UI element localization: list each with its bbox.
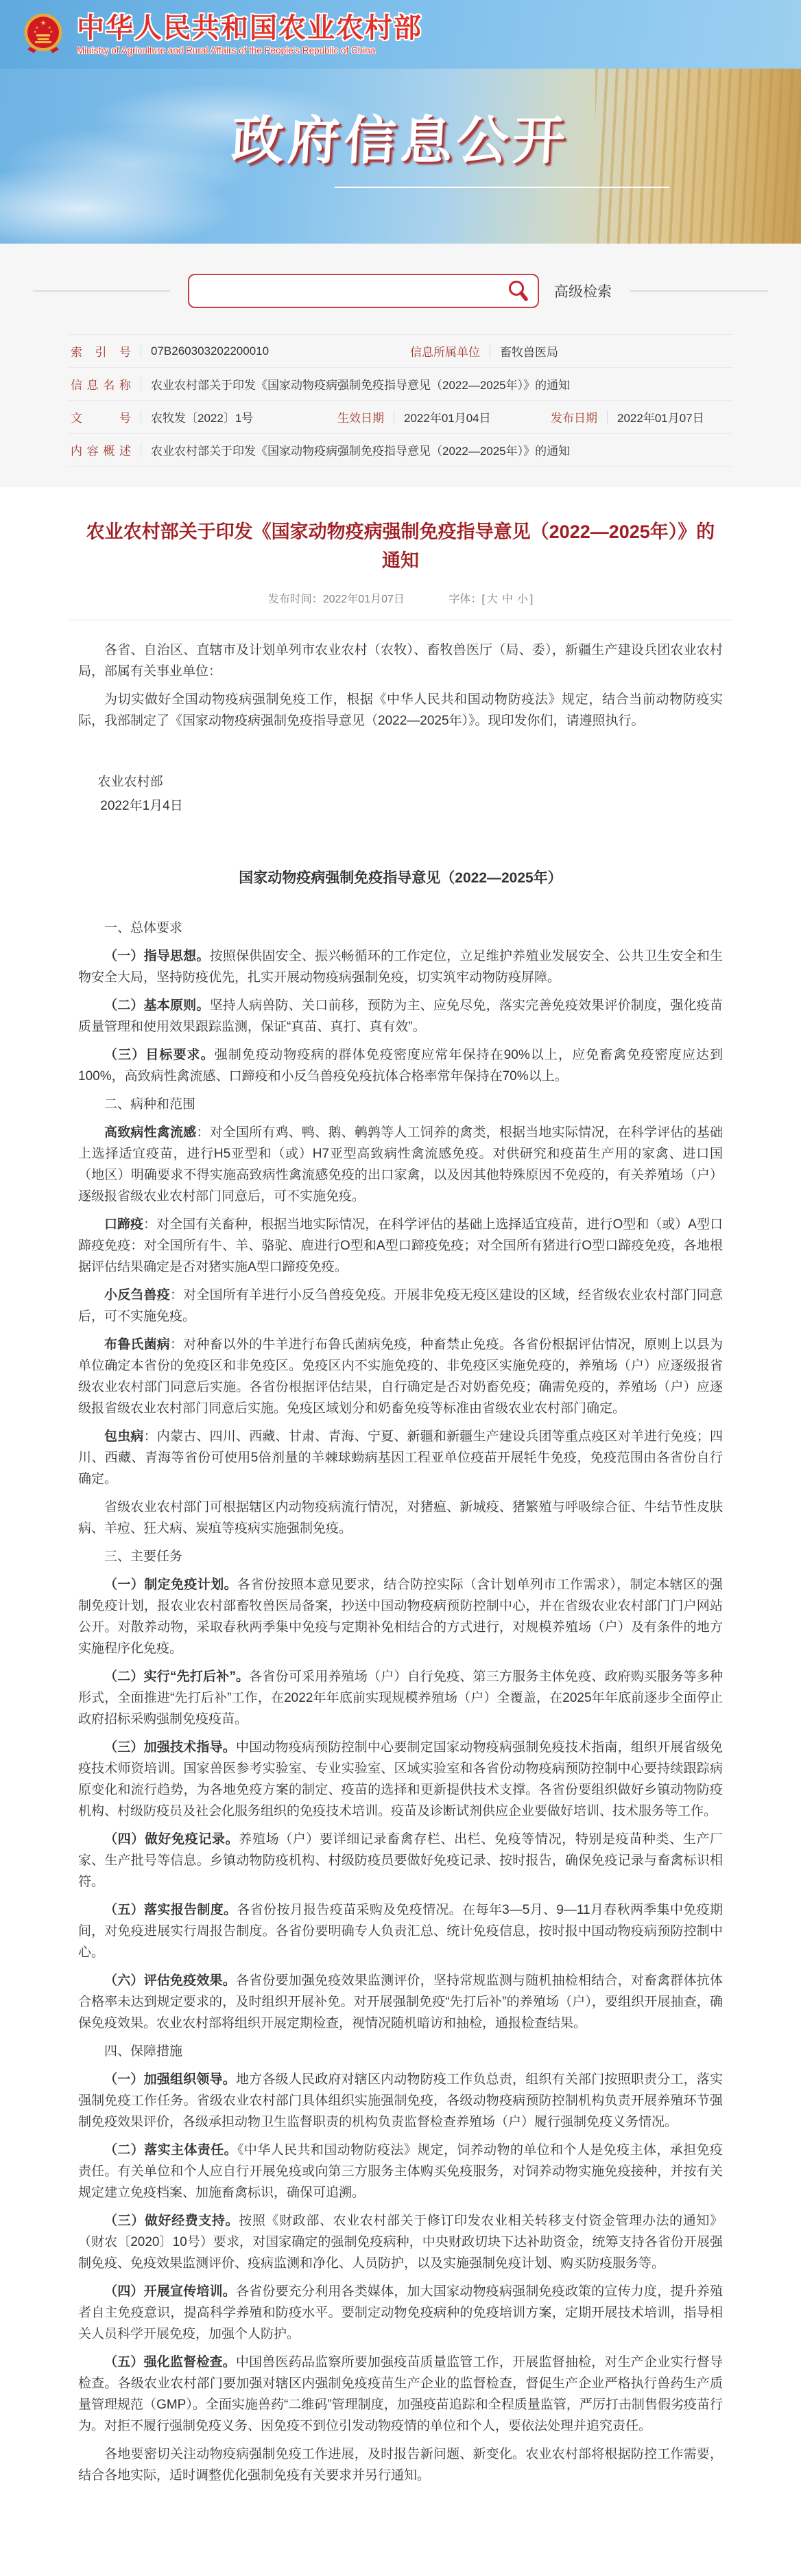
paragraph: 高致病性禽流感：对全国所有鸡、鸭、鹅、鹌鹑等人工饲养的禽类，根据当地实际情况，在… bbox=[78, 1122, 723, 1207]
meta-separator bbox=[141, 344, 141, 358]
paragraph: 包虫病：内蒙古、四川、西藏、甘肃、青海、宁夏、新疆和新疆生产建设兵团等重点疫区对… bbox=[78, 1426, 723, 1490]
meta-value-owner-unit: 畜牧兽医局 bbox=[500, 342, 558, 360]
meta-separator bbox=[490, 344, 490, 358]
paragraph: 小反刍兽疫：对全国所有羊进行小反刍兽疫免疫。开展非免疫无疫区建设的区域，经省级农… bbox=[78, 1285, 723, 1327]
banner-underline bbox=[335, 187, 669, 188]
paragraph: （二）基本原则。坚持人病兽防、关口前移，预防为主、应免尽免，落实完善免疫效果评价… bbox=[78, 995, 723, 1038]
meta-value-effective-date: 2022年01月04日 bbox=[404, 408, 551, 425]
meta-label-summary: 内容概述 bbox=[71, 441, 131, 458]
meta-value-publish-date: 2022年01月07日 bbox=[617, 408, 704, 425]
ministry-name-cn: 中华人民共和国农业农村部 bbox=[77, 13, 422, 43]
embedded-doc-title: 国家动物疫病强制免疫指导意见（2022—2025年） bbox=[78, 867, 723, 889]
meta-label-doc-number: 文号 bbox=[71, 408, 131, 425]
paragraph: （三）做好经费支持。按照《财政部、农业农村部关于修订印发农业相关转移支付资金管理… bbox=[78, 2210, 723, 2274]
search-box bbox=[188, 274, 539, 308]
paragraph: （一）加强组织领导。地方各级人民政府对辖区内动物防疫工作负总责，组织有关部门按照… bbox=[78, 2069, 723, 2133]
ministry-title-block: 中华人民共和国农业农村部 Ministry of Agriculture and… bbox=[77, 13, 422, 56]
banner-title: 政府信息公开 bbox=[0, 99, 801, 174]
paragraph: （六）评估免疫效果。各省份要加强免疫效果监测评价，坚持常规监测与随机抽检相结合，… bbox=[78, 1970, 723, 2034]
page: ★ ★ ★ ★ ★ 中华人民共和国农业农村部 Ministry of Agric… bbox=[0, 0, 801, 2541]
document-area: 农业农村部关于印发《国家动物疫病强制免疫指导意见（2022—2025年）》的通知… bbox=[0, 487, 801, 2541]
meta-label-publish-date: 发布日期 bbox=[551, 408, 597, 425]
paragraph: （五）强化监督检查。中国兽医药品监察所要加强疫苗质量监管工作，开展监督抽检，对生… bbox=[78, 2352, 723, 2437]
publish-time-label: 发布时间： bbox=[268, 594, 323, 605]
meta-value-summary: 农业农村部关于印发《国家动物疫病强制免疫指导意见（2022—2025年）》的通知 bbox=[151, 441, 570, 458]
meta-row-summary: 内容概述 农业农村部关于印发《国家动物疫病强制免疫指导意见（2022—2025年… bbox=[69, 434, 732, 467]
svg-text:★: ★ bbox=[35, 26, 38, 30]
font-size-medium-link[interactable]: 中 bbox=[502, 594, 513, 605]
meta-value-doc-number: 农牧发〔2022〕1号 bbox=[151, 408, 337, 425]
section-heading: 四、保障措施 bbox=[78, 2041, 723, 2062]
meta-label-effective-date: 生效日期 bbox=[337, 408, 384, 425]
font-size-small-link[interactable]: 小 bbox=[517, 594, 528, 605]
font-size-label: 字体：[ bbox=[449, 594, 484, 605]
svg-text:★: ★ bbox=[48, 26, 51, 30]
article-title: 农业农村部关于印发《国家动物疫病强制免疫指导意见（2022—2025年）》的通知 bbox=[78, 517, 723, 575]
search-button[interactable] bbox=[506, 279, 531, 303]
font-size-bracket-close: ] bbox=[530, 594, 533, 605]
article-meta-line: 发布时间：2022年01月07日 字体：[大中小] bbox=[0, 590, 801, 606]
meta-row-name: 信息名称 农业农村部关于印发《国家动物疫病强制免疫指导意见（2022—2025年… bbox=[69, 368, 732, 401]
section-heading: 一、总体要求 bbox=[78, 917, 723, 939]
divider-line-left bbox=[33, 290, 170, 292]
svg-text:★: ★ bbox=[34, 30, 37, 34]
meta-label-owner-unit: 信息所属单位 bbox=[410, 342, 480, 360]
search-input[interactable] bbox=[189, 275, 538, 307]
paragraph: 口蹄疫：对全国有关畜种，根据当地实际情况，在科学评估的基础上选择适宜疫苗，进行O… bbox=[78, 1214, 723, 1278]
paragraph: （二）实行“先打后补”。各省份可采用养殖场（户）自行免疫、第三方服务主体免疫、政… bbox=[78, 1666, 723, 1730]
paragraph: 为切实做好全国动物疫病强制免疫工作，根据《中华人民共和国动物防疫法》规定，结合当… bbox=[78, 689, 723, 731]
font-size-large-link[interactable]: 大 bbox=[487, 594, 498, 605]
meta-value-info-name: 农业农村部关于印发《国家动物疫病强制免疫指导意见（2022—2025年）》的通知 bbox=[151, 375, 570, 393]
meta-separator bbox=[141, 410, 141, 424]
national-emblem-icon: ★ ★ ★ ★ ★ bbox=[21, 12, 66, 57]
search-row: 高级检索 bbox=[0, 274, 801, 308]
doc-body: 各省、自治区、直辖市及计划单列市农业农村（农牧）、畜牧兽医厅（局、委），新疆生产… bbox=[78, 640, 723, 2486]
paragraph: 布鲁氏菌病：对种畜以外的牛羊进行布鲁氏菌病免疫，种畜禁止免疫。各省份根据评估情况… bbox=[78, 1334, 723, 1419]
meta-separator bbox=[607, 410, 608, 424]
meta-separator bbox=[141, 443, 141, 457]
paragraph: （四）开展宣传培训。各省份要充分利用各类媒体，加大国家动物疫病强制免疫政策的宣传… bbox=[78, 2281, 723, 2345]
paragraph: （五）落实报告制度。各省份按月报告疫苗采购及免疫情况。在每年3—5月、9—11月… bbox=[78, 1899, 723, 1963]
advanced-search-link[interactable]: 高级检索 bbox=[554, 281, 612, 301]
info-section: 高级检索 索引号 07B260303202200010 信息所属单位 畜牧兽医局… bbox=[0, 244, 801, 487]
paragraph: 2022年1月4日 bbox=[78, 795, 723, 817]
meta-separator bbox=[394, 410, 394, 424]
font-size-group: 字体：[大中小] bbox=[449, 594, 533, 605]
paragraph: （三）加强技术指导。中国动物疫病预防控制中心要制定国家动物疫病强制免疫技术指南，… bbox=[78, 1737, 723, 1822]
magnifier-icon bbox=[506, 279, 531, 303]
title-divider bbox=[69, 620, 732, 620]
gov-info-banner: 政府信息公开 bbox=[0, 69, 801, 244]
meta-row-docnumber-dates: 文号 农牧发〔2022〕1号 生效日期 2022年01月04日 发布日期 202… bbox=[69, 401, 732, 434]
paragraph: （一）制定免疫计划。各省份按照本意见要求，结合防控实际（含计划单列市工作需求），… bbox=[78, 1574, 723, 1659]
meta-label-info-name: 信息名称 bbox=[71, 375, 131, 393]
publish-time-group: 发布时间：2022年01月07日 bbox=[268, 594, 405, 605]
divider-line-right bbox=[630, 290, 768, 292]
svg-text:★: ★ bbox=[40, 19, 46, 27]
paragraph: 省级农业农村部门可根据辖区内动物疫病流行情况，对猪瘟、新城疫、猪繁殖与呼吸综合征… bbox=[78, 1497, 723, 1539]
paragraph: 各地要密切关注动物疫病强制免疫工作进展，及时报告新问题、新变化。农业农村部将根据… bbox=[78, 2444, 723, 2486]
paragraph: （二）落实主体责任。《中华人民共和国动物防疫法》规定，饲养动物的单位和个人是免疫… bbox=[78, 2140, 723, 2203]
paragraph: 农业农村部 bbox=[78, 771, 723, 793]
paragraph: （一）指导思想。按照保供固安全、振兴畅循环的工作定位，立足维护养殖业发展安全、公… bbox=[78, 946, 723, 988]
ministry-name-en: Ministry of Agriculture and Rural Affair… bbox=[77, 45, 422, 56]
publish-time-value: 2022年01月07日 bbox=[323, 594, 405, 605]
document-meta-table: 索引号 07B260303202200010 信息所属单位 畜牧兽医局 信息名称… bbox=[69, 334, 732, 467]
paragraph: （三）目标要求。强制免疫动物疫病的群体免疫密度应常年保持在90%以上，应免畜禽免… bbox=[78, 1044, 723, 1087]
paragraph: （四）做好免疫记录。养殖场（户）要详细记录畜禽存栏、出栏、免疫等情况，特别是疫苗… bbox=[78, 1829, 723, 1893]
meta-separator bbox=[141, 377, 141, 391]
paragraph: 各省、自治区、直辖市及计划单列市农业农村（农牧）、畜牧兽医厅（局、委），新疆生产… bbox=[78, 640, 723, 682]
site-header: ★ ★ ★ ★ ★ 中华人民共和国农业农村部 Ministry of Agric… bbox=[0, 0, 801, 69]
svg-text:★: ★ bbox=[49, 30, 53, 34]
section-heading: 三、主要任务 bbox=[78, 1546, 723, 1567]
section-heading: 二、病种和范围 bbox=[78, 1094, 723, 1115]
meta-label-index-number: 索引号 bbox=[71, 342, 131, 360]
meta-row-index: 索引号 07B260303202200010 信息所属单位 畜牧兽医局 bbox=[69, 335, 732, 368]
meta-value-index-number: 07B260303202200010 bbox=[151, 344, 337, 358]
